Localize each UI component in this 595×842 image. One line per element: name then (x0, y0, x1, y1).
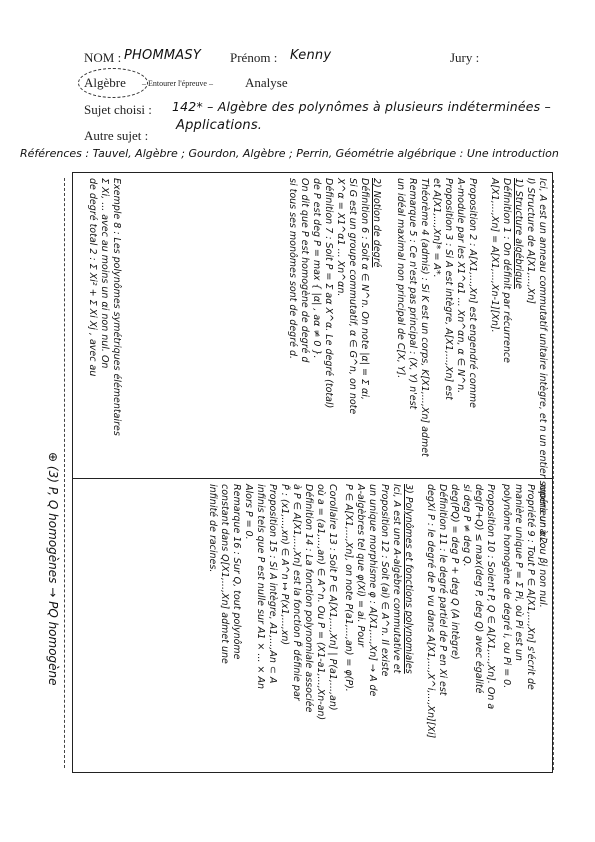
sujet-value-line2: Applications. (176, 118, 262, 133)
bottom-column-2: Proposition 10 : Soient P, Q ∈ A[X1,...,… (424, 484, 496, 738)
epreuve-option-algebre: Algèbre (84, 75, 126, 91)
right-margin-rule (553, 180, 554, 770)
margin-mark-icon: ⊕ (46, 452, 60, 462)
section-heading: 3) Polynômes et fonctions polynomiales (402, 484, 414, 696)
text-line: Propriété 9 : Tout P ∈ A[X1,...,Xn] s'éc… (524, 484, 536, 690)
top-column-4: Exemple 8 : Les polynômes symétriques él… (86, 178, 122, 436)
epreuve-option-analyse: Analyse (245, 75, 288, 91)
text-line: A-algèbres tel que φ(Xi) = ai. Pour (354, 484, 366, 696)
text-line: deg(P+Q) ≤ max(deg P, deg Q) avec égalit… (472, 484, 484, 738)
margin-note: ⊕ (3) P, Q homogènes → PQ homogène (46, 452, 60, 686)
text-line: A-module par les X1^α1 ... Xn^αn, α ∈ N^… (454, 178, 466, 457)
text-line: manière unique P = Σ Pi, où Pi est un (512, 484, 524, 690)
text-line: Ici, A est une A-algèbre commutative et (390, 484, 402, 696)
section-heading: 2) Notion de degré (370, 178, 382, 414)
text-line: infinis tels que P est nulle sur A1 × ..… (254, 484, 266, 720)
text-line: Proposition 2 : A[X1,...,Xn] est engendr… (466, 178, 478, 457)
text-line: polynôme homogène de degré i, ou Pi = 0. (500, 484, 512, 690)
top-column-3: 2) Notion de degré Définition 6 : Soit α… (286, 178, 382, 414)
text-line: Proposition 12 : Soit (ai) ∈ A^n. Il exi… (378, 484, 390, 696)
nom-value: PHOMMASY (124, 48, 201, 63)
text-line: où a = (a1,...,an) ∈ A^n. Ou P = (X1-a1,… (314, 484, 326, 720)
text-line: Définition 11 : le degré partiel de P en… (436, 484, 448, 738)
left-margin-rule (64, 178, 65, 768)
text-line: un idéal maximal non principal de C[X, Y… (394, 178, 406, 457)
margin-note-text: (3) P, Q homogènes → PQ homogène (46, 466, 60, 686)
text-line: de degré total 2 : Σ Xi² + Σ Xi Xj , ave… (86, 178, 98, 436)
references-label: Références : (20, 147, 89, 160)
horizontal-divider (72, 478, 553, 479)
prenom-value: Kenny (290, 48, 331, 63)
text-line: Si G est un groupe commutatif, α ∈ G^n, … (346, 178, 358, 414)
sujet-value-line1: 142* – Algèbre des polynômes à plusieurs… (172, 99, 551, 114)
text-line: degXi P : le degré de P vu dans A[X1,...… (424, 484, 436, 738)
bottom-column-1: moins un αi ou βj non nul. Propriété 9 :… (500, 484, 548, 690)
text-line: infinité de racines. (206, 484, 218, 720)
text-line: Théorème 4 (admis) : Si K est un corps, … (418, 178, 430, 457)
text-line: constant dans Q[X1,...,Xn] admet une (218, 484, 230, 720)
text-line: Corollaire 13 : Soit P ∈ A[X1,...,Xn] | … (326, 484, 338, 720)
autre-sujet-label: Autre sujet : (84, 128, 148, 144)
text-line: Remarque 5 : Ce n'est pas principal : (X… (406, 178, 418, 457)
text-line: Proposition 3 : Si A est intègre, A[X1,.… (442, 178, 454, 457)
text-line: moins un αi ou βj non nul. (536, 484, 548, 690)
text-line: On dit que P est homogène de degré d (298, 178, 310, 414)
text-line: Exemple 8 : Les polynômes symétriques él… (110, 178, 122, 436)
text-line: de P est deg P = max { |α| , aα ≠ 0 }. (310, 178, 322, 414)
text-line: Proposition 10 : Soient P, Q ∈ A[X1,...,… (484, 484, 496, 738)
sujet-label: Sujet choisi : (84, 102, 152, 118)
text-line: si deg P ≠ deg Q. (460, 484, 472, 738)
top-column-2: Proposition 2 : A[X1,...,Xn] est engendr… (394, 178, 478, 457)
bottom-column-3: 3) Polynômes et fonctions polynomiales I… (342, 484, 414, 696)
reference-item: Gourdon, Algèbre (188, 147, 285, 160)
text-line: si tous ses monômes sont de degré d. (286, 178, 298, 414)
text-line: P̃ : (x1,...,xn) ∈ A^n ↦ P(x1,...,xn) (278, 484, 290, 720)
text-line: à P ∈ A[X1,...,Xn] est la fonction P̃ dé… (290, 484, 302, 720)
text-line: X^α = X1^α1 ... Xn^αn. (334, 178, 346, 414)
text-line: deg(PQ) = deg P + deg Q (A intègre) (448, 484, 460, 738)
nom-label: NOM : (84, 50, 121, 66)
text-line: Remarque 16 : Sur Q, tout polynôme (230, 484, 242, 720)
bottom-column-4: Corollaire 13 : Soit P ∈ A[X1,...,Xn] | … (206, 484, 338, 720)
references-line: Références : Tauvel, Algèbre ; Gourdon, … (20, 147, 559, 160)
text-line: Définition 14 : La fonction polynomiale … (302, 484, 314, 720)
prenom-label: Prénom : (230, 50, 277, 66)
reference-item: Tauvel, Algèbre (93, 147, 178, 160)
reference-item: Perrin, Géométrie algébrique : Une intro… (296, 147, 559, 160)
text-line: Σ Xi, ... avec au moins un αi non nul. O… (98, 178, 110, 436)
text-line: Proposition 15 : Si A intègre, A1,...,An… (266, 484, 278, 720)
text-line: Définition 6 : Soit α ∈ N^n. On note |α|… (358, 178, 370, 414)
text-line: Alors P = 0. (242, 484, 254, 720)
text-line: Définition 7 : Soit P = Σ aα X^α. Le deg… (322, 178, 334, 414)
jury-label: Jury : (450, 50, 479, 66)
epreuve-instruction: – Entourer l'épreuve – (142, 79, 213, 88)
text-line: et A[X1,...,Xn]* = A*. (430, 178, 442, 457)
text-line: P ∈ A[X1,...,Xn], on note P(a1,...,an) =… (342, 484, 354, 696)
text-line: un unique morphisme φ : A[X1,...,Xn] → A… (366, 484, 378, 696)
